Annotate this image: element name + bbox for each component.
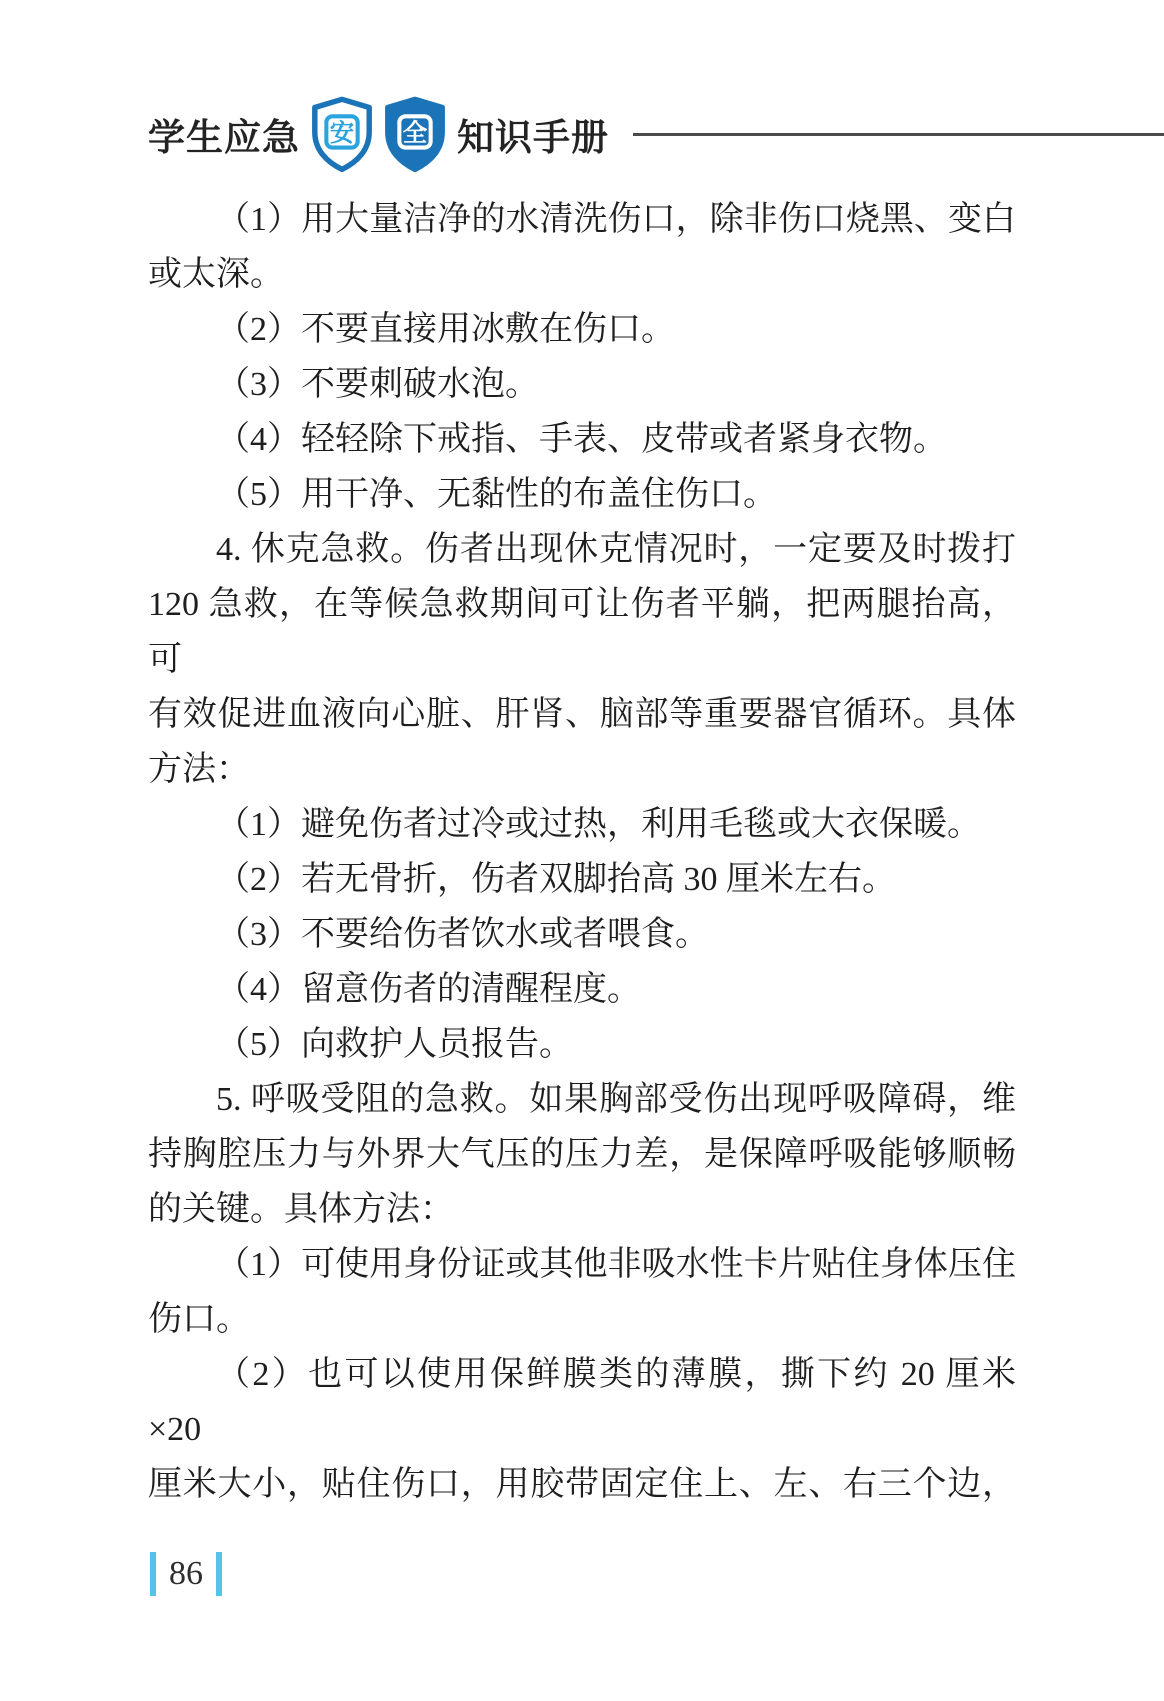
text-line: （5）向救护人员报告。	[148, 1017, 1016, 1072]
text-line: 5. 呼吸受阻的急救。如果胸部受伤出现呼吸障碍，维	[148, 1072, 1016, 1127]
shield-outline-icon: 安	[308, 94, 376, 174]
page-number-right-bar	[216, 1552, 222, 1596]
safety-shield-badge: 安 全	[308, 94, 449, 174]
document-body: （1）用大量洁净的水清洗伤口，除非伤口烧黑、变白或太深。（2）不要直接用冰敷在伤…	[148, 192, 1016, 1512]
header-title-left: 学生应急	[148, 107, 300, 161]
text-line: 的关键。具体方法：	[148, 1182, 1016, 1237]
text-line: （4）留意伤者的清醒程度。	[148, 962, 1016, 1017]
text-line: 或太深。	[148, 247, 1016, 302]
text-line: 有效促进血液向心脏、肝肾、脑部等重要器官循环。具体	[148, 687, 1016, 742]
header-title-right: 知识手册	[457, 107, 609, 161]
text-line: 伤口。	[148, 1292, 1016, 1347]
shield-char-quan: 全	[403, 118, 428, 147]
text-line: （2）不要直接用冰敷在伤口。	[148, 302, 1016, 357]
text-line: （2）也可以使用保鲜膜类的薄膜，撕下约 20 厘米 ×20	[148, 1347, 1016, 1457]
text-line: （1）避免伤者过冷或过热，利用毛毯或大衣保暖。	[148, 797, 1016, 852]
text-line: （3）不要刺破水泡。	[148, 357, 1016, 412]
page-footer: 86	[150, 1552, 222, 1596]
text-line: 持胸腔压力与外界大气压的压力差，是保障呼吸能够顺畅	[148, 1127, 1016, 1182]
text-line: （5）用干净、无黏性的布盖住伤口。	[148, 467, 1016, 522]
page-header: 学生应急 安 全 知识手册	[148, 92, 1164, 176]
text-line: （4）轻轻除下戒指、手表、皮带或者紧身衣物。	[148, 412, 1016, 467]
text-line: （3）不要给伤者饮水或者喂食。	[148, 907, 1016, 962]
text-line: （1）可使用身份证或其他非吸水性卡片贴住身体压住	[148, 1237, 1016, 1292]
shield-filled-icon: 全	[381, 94, 449, 174]
header-rule-line	[633, 133, 1164, 136]
text-line: （2）若无骨折，伤者双脚抬高 30 厘米左右。	[148, 852, 1016, 907]
text-line: 4. 休克急救。伤者出现休克情况时，一定要及时拨打	[148, 522, 1016, 577]
shield-char-an: 安	[330, 119, 355, 147]
page-number: 86	[169, 1555, 203, 1593]
text-line: 方法：	[148, 742, 1016, 797]
text-line: 厘米大小，贴住伤口，用胶带固定住上、左、右三个边，	[148, 1457, 1016, 1512]
text-line: 120 急救，在等候急救期间可让伤者平躺，把两腿抬高，可	[148, 577, 1016, 687]
text-line: （1）用大量洁净的水清洗伤口，除非伤口烧黑、变白	[148, 192, 1016, 247]
page-number-left-bar	[150, 1552, 156, 1596]
